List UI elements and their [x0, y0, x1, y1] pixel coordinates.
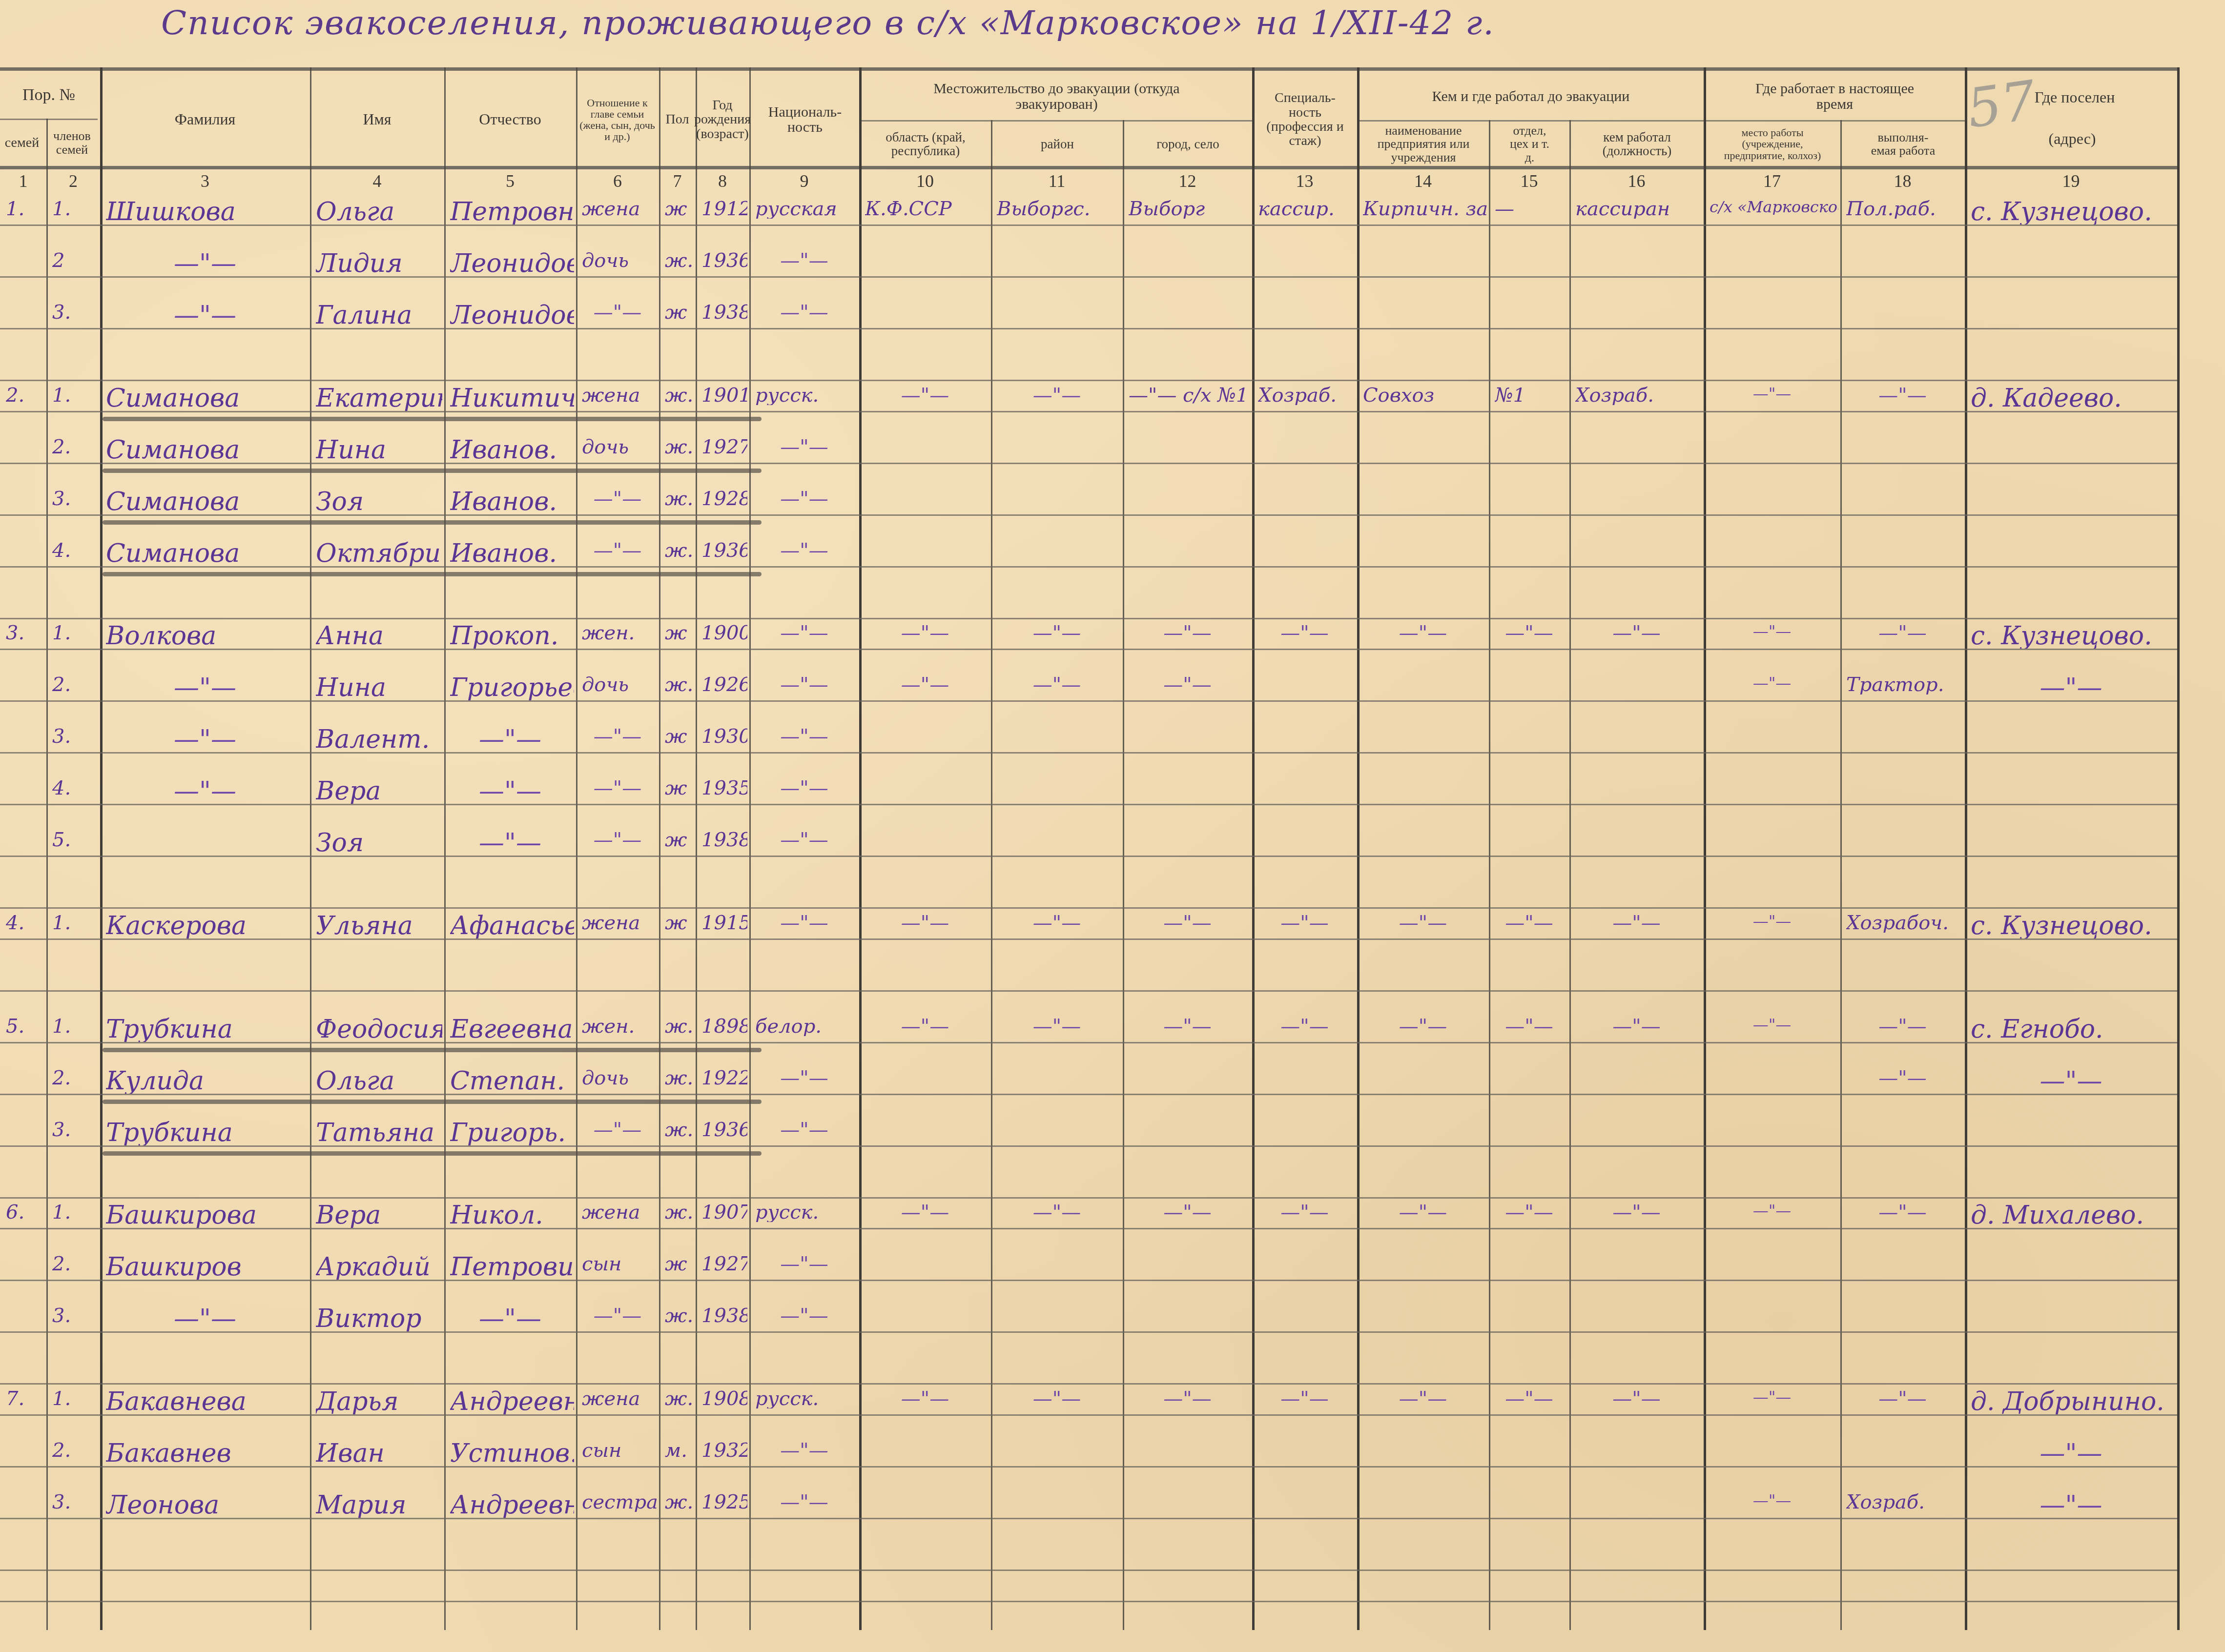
cell-name: Вера: [316, 778, 381, 804]
cell-patronymic: Евгеевна: [450, 1017, 573, 1042]
cell-address: —"—: [1971, 1492, 2171, 1518]
cell-sex: ж: [665, 303, 687, 322]
row-rule: [0, 463, 2177, 464]
cell-patronymic: Устинов.: [450, 1441, 574, 1466]
row-rule: [0, 1466, 2177, 1468]
cell-year: 1898: [701, 1017, 747, 1036]
header-specialty: Специаль-ность (профессия и стаж): [1253, 73, 1357, 166]
cell-no: 3.: [52, 727, 71, 746]
cell-address: с. Кузнецово.: [1971, 199, 2152, 224]
cell-no: 1.: [52, 1203, 71, 1222]
cell-patronymic: Иванов.: [450, 489, 557, 514]
cell-surname: Трубкина: [106, 1017, 233, 1042]
cell-district: —"—: [997, 1203, 1117, 1222]
column-number: 7: [659, 171, 696, 191]
cell-specialty: —"—: [1258, 913, 1351, 933]
cell-name: Аркадий: [316, 1254, 431, 1280]
cell-district: —"—: [997, 1017, 1117, 1036]
cell-district: —"—: [997, 386, 1117, 405]
header-current-job: выполня-емая работа: [1841, 122, 1965, 166]
cell-sex: ж.: [665, 251, 693, 270]
cell-year: 1928: [701, 489, 747, 509]
cell-relation: жена: [582, 386, 640, 405]
row-rule: [0, 1094, 2177, 1095]
column-rule: [1965, 67, 1967, 1630]
header-col2: членов семей: [46, 120, 98, 166]
column-number: 5: [444, 171, 576, 191]
cell-position: кассиран: [1575, 199, 1670, 219]
cell-dept: №1: [1495, 386, 1525, 405]
cell-name: Вера: [316, 1203, 381, 1228]
cell-current-job: Хозрабоч.: [1846, 913, 1949, 933]
cell-surname: Кулида: [106, 1068, 204, 1094]
cell-surname: Бакавнев: [106, 1441, 231, 1466]
cell-region: К.Ф.ССР: [865, 199, 952, 219]
cell-specialty: —"—: [1258, 1389, 1351, 1408]
cell-sex: ж.: [665, 1017, 693, 1036]
cell-city: —"— с/х №1: [1129, 386, 1249, 405]
cell-year: 1936: [701, 251, 747, 270]
top-rule: [0, 67, 2177, 71]
cell-region: —"—: [865, 623, 985, 643]
cell-year: 1927: [701, 437, 747, 457]
cell-surname: —"—: [106, 251, 304, 276]
row-rule: [0, 380, 2177, 381]
cell-current-place: —"—: [1710, 913, 1834, 929]
row-rule: [0, 649, 2177, 650]
cell-district: Выборгс.: [997, 199, 1090, 219]
row-rule: [0, 938, 2177, 940]
cell-patronymic: Никитич.: [450, 386, 574, 411]
cell-patronymic: Андреевна: [450, 1389, 574, 1414]
cell-nationality: —"—: [755, 778, 853, 798]
cell-nationality: —"—: [755, 541, 853, 560]
cell-district: —"—: [997, 913, 1117, 933]
cell-nationality: русск.: [755, 386, 819, 405]
column-number: 11: [991, 171, 1123, 191]
strike-through-line: [103, 469, 762, 473]
row-rule: [0, 514, 2177, 516]
cell-relation: дочь: [582, 675, 629, 694]
cell-name: Нина: [316, 675, 386, 700]
cell-relation: жена: [582, 199, 640, 219]
column-rule: [310, 67, 311, 1630]
cell-specialty: кассир.: [1258, 199, 1335, 219]
cell-no: 3.: [52, 1306, 71, 1326]
cell-patronymic: —"—: [450, 727, 570, 752]
cell-name: Зоя: [316, 830, 364, 856]
cell-surname: Симанова: [106, 437, 240, 463]
row-rule: [0, 1570, 2177, 1571]
current-split-rule: [1705, 120, 1965, 122]
cell-name: Лидия: [316, 251, 403, 276]
column-rule: [1252, 67, 1255, 1630]
prewar-split-rule: [1358, 120, 1704, 122]
row-rule: [0, 1228, 2177, 1229]
cell-patronymic: Петровна: [450, 199, 574, 224]
cell-year: 1907: [701, 1203, 747, 1222]
column-rule: [100, 67, 103, 1630]
cell-patronymic: —"—: [450, 830, 570, 856]
cell-no: 3.: [52, 489, 71, 509]
column-number: 9: [749, 171, 859, 191]
cell-region: —"—: [865, 1389, 985, 1408]
cell-nationality: белор.: [755, 1017, 822, 1036]
cell-no: 3.: [52, 1492, 71, 1512]
document-title: Список эвакоселения, проживающего в с/х …: [161, 4, 1495, 42]
cell-sex: ж.: [665, 386, 693, 405]
column-number: 17: [1704, 171, 1840, 191]
cell-relation: —"—: [582, 303, 653, 322]
cell-relation: жен.: [582, 623, 635, 643]
cell-nationality: —"—: [755, 1306, 853, 1326]
cell-current-job: Хозраб.: [1846, 1492, 1925, 1512]
cell-name: Нина: [316, 437, 386, 463]
cell-current-place: —"—: [1710, 1203, 1834, 1218]
row-rule: [0, 856, 2177, 857]
cell-patronymic: Степан.: [450, 1068, 565, 1094]
cell-no: 1.: [52, 1017, 71, 1036]
cell-year: 1925: [701, 1492, 747, 1512]
cell-year: 1936: [701, 541, 747, 560]
cell-enterprise: Кирпичн. завод: [1363, 199, 1487, 219]
cell-current-job: —"—: [1846, 1017, 1959, 1036]
row-rule: [0, 566, 2177, 568]
cell-name: Феодосия: [316, 1017, 442, 1042]
column-rule: [1357, 67, 1360, 1630]
cell-region: —"—: [865, 913, 985, 933]
cell-nationality: —"—: [755, 623, 853, 643]
header-relation: Отношение к главе семьи (жена, сын, дочь…: [577, 73, 658, 166]
row-rule: [0, 1383, 2177, 1385]
cell-no: 4.: [52, 778, 71, 798]
cell-patronymic: —"—: [450, 1306, 570, 1331]
column-number: 8: [696, 171, 749, 191]
cell-name: Виктор: [316, 1306, 422, 1331]
cell-sex: ж.: [665, 1306, 693, 1326]
cell-patronymic: Григорь.: [450, 1120, 566, 1145]
cell-position: —"—: [1575, 1017, 1698, 1036]
row-rule: [0, 752, 2177, 754]
row-rule: [0, 1280, 2177, 1281]
header-address-bottom: (адрес): [1967, 124, 2177, 154]
cell-no: 4.: [52, 541, 71, 560]
cell-no: 2.: [52, 1441, 71, 1460]
cell-surname: Волкова: [106, 623, 216, 649]
cell-surname: Симанова: [106, 541, 240, 566]
cell-sex: ж.: [665, 489, 693, 509]
strike-through-line: [103, 572, 762, 576]
cell-address: д. Кадеево.: [1971, 386, 2122, 411]
column-rule: [576, 67, 577, 1630]
cell-enterprise: Совхоз: [1363, 386, 1434, 405]
cell-nationality: русск.: [755, 1203, 819, 1222]
cell-enterprise: —"—: [1363, 1389, 1483, 1408]
cell-surname: —"—: [106, 675, 304, 700]
cell-nationality: —"—: [755, 1254, 853, 1274]
cell-no: 2.: [52, 437, 71, 457]
cell-year: 1922: [701, 1068, 747, 1088]
cell-patronymic: Леонидов.: [450, 303, 574, 328]
cell-sex: ж.: [665, 1389, 693, 1408]
cell-no: 2.: [52, 1068, 71, 1088]
cell-sex: ж: [665, 727, 687, 746]
header-dept: отдел, цех и т. д.: [1490, 122, 1569, 166]
row-rule: [0, 1145, 2177, 1147]
cell-current-place: —"—: [1710, 386, 1834, 401]
cell-no: 1.: [52, 386, 71, 405]
cell-sex: ж: [665, 830, 687, 850]
cell-surname: —"—: [106, 778, 304, 804]
cell-dept: —"—: [1495, 1017, 1564, 1036]
cell-family-no: 6.: [6, 1203, 24, 1222]
cell-year: 1908: [701, 1389, 747, 1408]
cell-region: —"—: [865, 386, 985, 405]
cell-year: 1938: [701, 303, 747, 322]
cell-name: Ульяна: [316, 913, 413, 938]
cell-current-place: —"—: [1710, 1492, 1834, 1508]
cell-name: Ольга: [316, 199, 394, 224]
cell-name: Зоя: [316, 489, 364, 514]
cell-current-place: —"—: [1710, 1017, 1834, 1032]
cell-dept: —"—: [1495, 913, 1564, 933]
cell-nationality: —"—: [755, 830, 853, 850]
cell-address: с. Кузнецово.: [1971, 623, 2152, 649]
cell-surname: Трубкина: [106, 1120, 233, 1145]
cell-surname: —"—: [106, 1306, 304, 1331]
cell-no: 2: [52, 251, 64, 270]
column-rule: [659, 67, 660, 1630]
cell-district: —"—: [997, 623, 1117, 643]
column-rule: [1704, 67, 1706, 1630]
cell-district: —"—: [997, 1389, 1117, 1408]
cell-nationality: —"—: [755, 1441, 853, 1460]
cell-no: 1.: [52, 623, 71, 643]
cell-specialty: —"—: [1258, 623, 1351, 643]
cell-nationality: русская: [755, 199, 837, 219]
cell-nationality: —"—: [755, 913, 853, 933]
cell-year: 1915: [701, 913, 747, 933]
cell-surname: Каскерова: [106, 913, 247, 938]
cell-patronymic: Леонидов.: [450, 251, 574, 276]
column-number: 6: [576, 171, 659, 191]
column-number: 16: [1569, 171, 1704, 191]
cell-current-place: —"—: [1710, 675, 1834, 691]
cell-nationality: —"—: [755, 489, 853, 509]
header-por-no: Пор. №: [0, 73, 98, 117]
header-current-place: место работы (учреждение, предприятие, к…: [1705, 122, 1840, 166]
cell-year: 1926: [701, 675, 747, 694]
cell-relation: сын: [582, 1254, 621, 1274]
cell-patronymic: Григорьев.: [450, 675, 574, 700]
cell-surname: Бакавнева: [106, 1389, 247, 1414]
cell-surname: Симанова: [106, 386, 240, 411]
cell-relation: —"—: [582, 489, 653, 509]
cell-surname: —"—: [106, 303, 304, 328]
cell-city: —"—: [1129, 1017, 1246, 1036]
strike-through-line: [103, 1048, 762, 1052]
cell-sex: ж: [665, 778, 687, 798]
column-number: 15: [1489, 171, 1569, 191]
header-birth-year: Год рождения (возраст): [696, 73, 749, 166]
cell-relation: —"—: [582, 541, 653, 560]
row-rule: [0, 276, 2177, 278]
cell-relation: —"—: [582, 830, 653, 850]
column-rule: [749, 67, 751, 1630]
cell-position: —"—: [1575, 1389, 1698, 1408]
cell-region: —"—: [865, 675, 985, 694]
cell-year: 1912: [701, 199, 747, 219]
cell-address: —"—: [1971, 675, 2171, 700]
cell-no: 5.: [52, 830, 71, 850]
cell-nationality: —"—: [755, 1068, 853, 1088]
cell-relation: сын: [582, 1441, 621, 1460]
cell-city: —"—: [1129, 675, 1246, 694]
cell-current-job: —"—: [1846, 623, 1959, 643]
cell-surname: Симанова: [106, 489, 240, 514]
row-rule: [0, 907, 2177, 909]
cell-current-job: —"—: [1846, 1203, 1959, 1222]
column-rule: [1840, 120, 1842, 1630]
header-nationality: Националь-ность: [751, 73, 859, 166]
column-number: 18: [1840, 171, 1965, 191]
cell-sex: ж: [665, 913, 687, 933]
cell-specialty: Хозраб.: [1258, 386, 1337, 405]
cell-no: 1.: [52, 913, 71, 933]
cell-relation: жен.: [582, 1017, 635, 1036]
cell-name: Иван: [316, 1441, 385, 1466]
row-rule: [0, 328, 2177, 329]
cell-name: Мария: [316, 1492, 406, 1518]
cell-no: 2.: [52, 675, 71, 694]
cell-sex: ж.: [665, 1492, 693, 1512]
cell-enterprise: —"—: [1363, 1203, 1483, 1222]
cell-family-no: 2.: [6, 386, 24, 405]
cell-position: —"—: [1575, 913, 1698, 933]
row-rule: [0, 1331, 2177, 1333]
column-rule: [444, 67, 446, 1630]
cell-sex: ж.: [665, 1120, 693, 1140]
cell-no: 1.: [52, 199, 71, 219]
cell-surname: Шишкова: [106, 199, 236, 224]
cell-relation: —"—: [582, 778, 653, 798]
cell-year: 1938: [701, 1306, 747, 1326]
cell-region: —"—: [865, 1203, 985, 1222]
header-patronymic: Отчество: [444, 73, 576, 166]
column-rule: [1123, 120, 1124, 1630]
cell-patronymic: Прокоп.: [450, 623, 558, 649]
cell-region: —"—: [865, 1017, 985, 1036]
cell-dept: —"—: [1495, 623, 1564, 643]
cell-sex: ж: [665, 199, 687, 219]
cell-specialty: —"—: [1258, 1203, 1351, 1222]
row-rule: [0, 411, 2177, 412]
cell-current-job: —"—: [1846, 386, 1959, 405]
header-prewar-work-group: Кем и где работал до эвакуации: [1358, 73, 1704, 120]
cell-sex: ж: [665, 1254, 687, 1274]
cell-sex: ж.: [665, 1203, 693, 1222]
header-enterprise: наименование предприятия или учреждения: [1358, 122, 1489, 166]
header-sex: Пол: [659, 73, 696, 166]
cell-no: 3.: [52, 1120, 71, 1140]
cell-sex: ж: [665, 623, 687, 643]
row-rule: [0, 1414, 2177, 1416]
cell-name: Дарья: [316, 1389, 398, 1414]
cell-sex: ж.: [665, 675, 693, 694]
cell-year: 1932: [701, 1441, 747, 1460]
cell-name: Екатерина: [316, 386, 442, 411]
cell-relation: —"—: [582, 727, 653, 746]
cell-relation: дочь: [582, 1068, 629, 1088]
cell-relation: дочь: [582, 437, 629, 457]
cell-address: д. Михалево.: [1971, 1203, 2144, 1228]
column-number: 1: [0, 171, 46, 191]
strike-through-line: [103, 1151, 762, 1156]
cell-name: Ольга: [316, 1068, 394, 1094]
cell-patronymic: Иванов.: [450, 541, 557, 566]
header-bottom-rule: [0, 166, 2177, 169]
cell-year: 1935: [701, 778, 747, 798]
cell-current-job: —"—: [1846, 1068, 1959, 1088]
cell-surname: —"—: [106, 727, 304, 752]
cell-current-job: Пол.раб.: [1846, 199, 1936, 219]
row-rule: [0, 1601, 2177, 1602]
cell-current-job: —"—: [1846, 1389, 1959, 1408]
cell-enterprise: —"—: [1363, 913, 1483, 933]
cell-nationality: —"—: [755, 251, 853, 270]
cell-current-place: с/х «Марковское»: [1710, 199, 1838, 215]
cell-no: 2.: [52, 1254, 71, 1274]
cell-family-no: 7.: [6, 1389, 24, 1408]
header-residence-group: Местожительство до эвакуации (откуда эва…: [860, 73, 1253, 120]
strike-through-line: [103, 520, 762, 525]
cell-patronymic: Петрович: [450, 1254, 574, 1280]
cell-enterprise: —"—: [1363, 1017, 1483, 1036]
cell-current-place: —"—: [1710, 1389, 1834, 1405]
header-region: область (край, республика): [860, 122, 991, 166]
cell-address: с. Егнобо.: [1971, 1017, 2103, 1042]
header-district: район: [992, 122, 1123, 166]
row-rule: [0, 1042, 2177, 1043]
cell-year: 1930: [701, 727, 747, 746]
residence-split-rule: [860, 120, 1253, 122]
cell-dept: —"—: [1495, 1203, 1564, 1222]
column-number: 4: [310, 171, 444, 191]
cell-relation: дочь: [582, 251, 629, 270]
row-rule: [0, 1197, 2177, 1199]
row-rule: [0, 1518, 2177, 1519]
cell-name: Анна: [316, 623, 384, 649]
cell-sex: ж.: [665, 437, 693, 457]
cell-year: 1936: [701, 1120, 747, 1140]
column-number: 14: [1357, 171, 1489, 191]
cell-family-no: 4.: [6, 913, 24, 933]
cell-city: —"—: [1129, 1389, 1246, 1408]
header-surname: Фамилия: [100, 73, 310, 166]
column-number: 2: [46, 171, 100, 191]
cell-patronymic: Афанасьев.: [450, 913, 574, 938]
cell-nationality: —"—: [755, 1120, 853, 1140]
column-number: 10: [859, 171, 991, 191]
cell-nationality: —"—: [755, 303, 853, 322]
column-rule: [991, 120, 992, 1630]
cell-nationality: —"—: [755, 1492, 853, 1512]
column-number: 3: [100, 171, 310, 191]
cell-surname: Леонова: [106, 1492, 219, 1518]
column-rule: [46, 119, 48, 1630]
cell-current-job: Трактор.: [1846, 675, 1944, 694]
row-rule: [0, 700, 2177, 702]
